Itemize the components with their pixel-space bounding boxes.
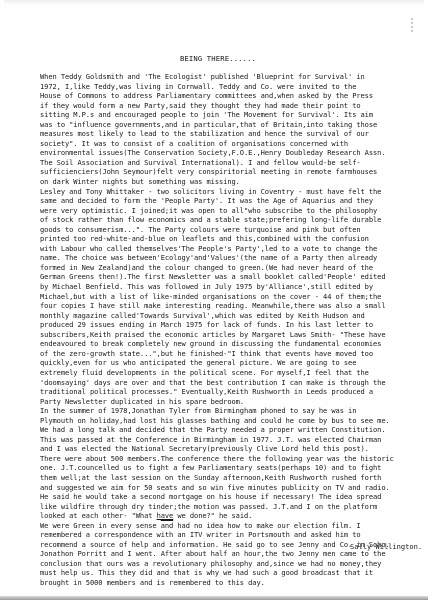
scanned-page: BEING THERE...... When Teddy Goldsmith a… [0, 0, 436, 600]
text-line: sitting M.P.s and encouraged people to j… [40, 110, 432, 120]
text-line: Party Newsletter duplicated in his spare… [40, 397, 432, 407]
text-line: Michael,but with a list of like-minded o… [40, 292, 432, 302]
text-line: society". It was to consist of a coaliti… [40, 139, 432, 149]
text-segment: We were Green in every sense [40, 521, 161, 530]
author-signature: Sally Willington. [350, 542, 422, 551]
text-line: name. The choice was between'Ecology'and… [40, 253, 432, 263]
text-line: Lesley and Tony Whittaker - two solicito… [40, 187, 432, 197]
text-line: them well;at the last session on the Sun… [40, 473, 432, 483]
document-body: When Teddy Goldsmith and 'The Ecologist'… [40, 72, 432, 588]
text-line: extremely fluid developments in the poli… [40, 368, 432, 378]
text-line: if they would form a new Party,said they… [40, 101, 432, 111]
text-line: House of Commons to address Parliamentar… [40, 91, 432, 101]
text-line: of the zero-growth state...",but he fini… [40, 349, 432, 359]
text-segment: we done?" he said. [173, 511, 252, 520]
text-line: traditional political processes." Eventu… [40, 387, 432, 397]
scan-artifact-mark [411, 18, 413, 34]
overlined-word: and [161, 521, 174, 530]
text-line: 'doomsaying' days are over and that the … [40, 378, 432, 388]
text-line: conclusion that ours was a revolutionary… [40, 559, 432, 569]
text-line: was to "influence governments,and in par… [40, 120, 432, 130]
text-line: and I was elected the National Secretary… [40, 444, 432, 454]
scan-edge-top [4, 0, 424, 4]
text-line: We had a long talk and decided that the … [40, 425, 432, 435]
text-line: brought in 5000 members and is remembere… [40, 578, 432, 588]
text-line: Plymouth on holiday,had lost his glasses… [40, 416, 432, 426]
text-segment: looked at each other- "What [40, 511, 157, 520]
text-segment: had no idea how to make our election fil… [173, 521, 360, 530]
text-line: In the summer of 1978,Jonathan Tyler fro… [40, 406, 432, 416]
text-line: four copies I have still make interestin… [40, 301, 432, 311]
scan-edge-bottom [0, 596, 428, 600]
text-line: sufficienciers(John Seymour)felt very co… [40, 167, 432, 177]
text-line: monthly magazine called'Towards Survival… [40, 311, 432, 321]
text-line: German Greens then!).The first Newslette… [40, 272, 432, 282]
text-line: produced 29 issues ending in March 1975 … [40, 320, 432, 330]
text-line: remembered a correspondence with an ITV … [40, 530, 432, 540]
text-line-with-overline: We were Green in every sense and had no … [40, 521, 432, 531]
text-line: and suggested we aim for 50 seats and so… [40, 483, 432, 493]
document-title: BEING THERE...... [0, 54, 436, 63]
text-line: formed in New Zealand)and the colour cha… [40, 263, 432, 273]
text-line: 1972, I,like Teddy,was living in Cornwal… [40, 82, 432, 92]
text-line-with-underline: looked at each other- "What have we done… [40, 511, 432, 521]
text-line: printed too red-white-and-blue on leafle… [40, 234, 432, 244]
text-line: must help us. This they did and that is … [40, 568, 432, 578]
text-line: There were about 500 members.The confere… [40, 454, 432, 464]
text-line: by Michael Benfield. This was followed i… [40, 282, 432, 292]
text-line: quickly,even for us who anticipated the … [40, 358, 432, 368]
text-line: subscribers,Keith praised the economic a… [40, 330, 432, 340]
text-line: like wildfire through dry tinder;the mot… [40, 502, 432, 512]
text-line: measures most likely to lead to the stab… [40, 129, 432, 139]
text-line: When Teddy Goldsmith and 'The Ecologist'… [40, 72, 432, 82]
text-line: were very optimistic. I joined;it was op… [40, 206, 432, 216]
text-line: goods to consumerism...". The Party colo… [40, 225, 432, 235]
text-line: of stock rather than flow economics and … [40, 215, 432, 225]
text-line: environmental issues(The Conservation So… [40, 148, 432, 158]
text-line: He said he would take a second mortgage … [40, 492, 432, 502]
underlined-word: have [157, 511, 174, 520]
text-line: endeavoured to break completely new grou… [40, 339, 432, 349]
text-line: on dark Winter nights but something was … [40, 177, 432, 187]
text-line: one. J.T.councelled us to fight a few Pa… [40, 463, 432, 473]
text-line: This was passed at the Conference in Bir… [40, 435, 432, 445]
text-line: with Labour who called themselves'The Pe… [40, 244, 432, 254]
text-line: same and decided to form the 'People Par… [40, 196, 432, 206]
text-line: The Soil Association and Survival Intern… [40, 158, 432, 168]
